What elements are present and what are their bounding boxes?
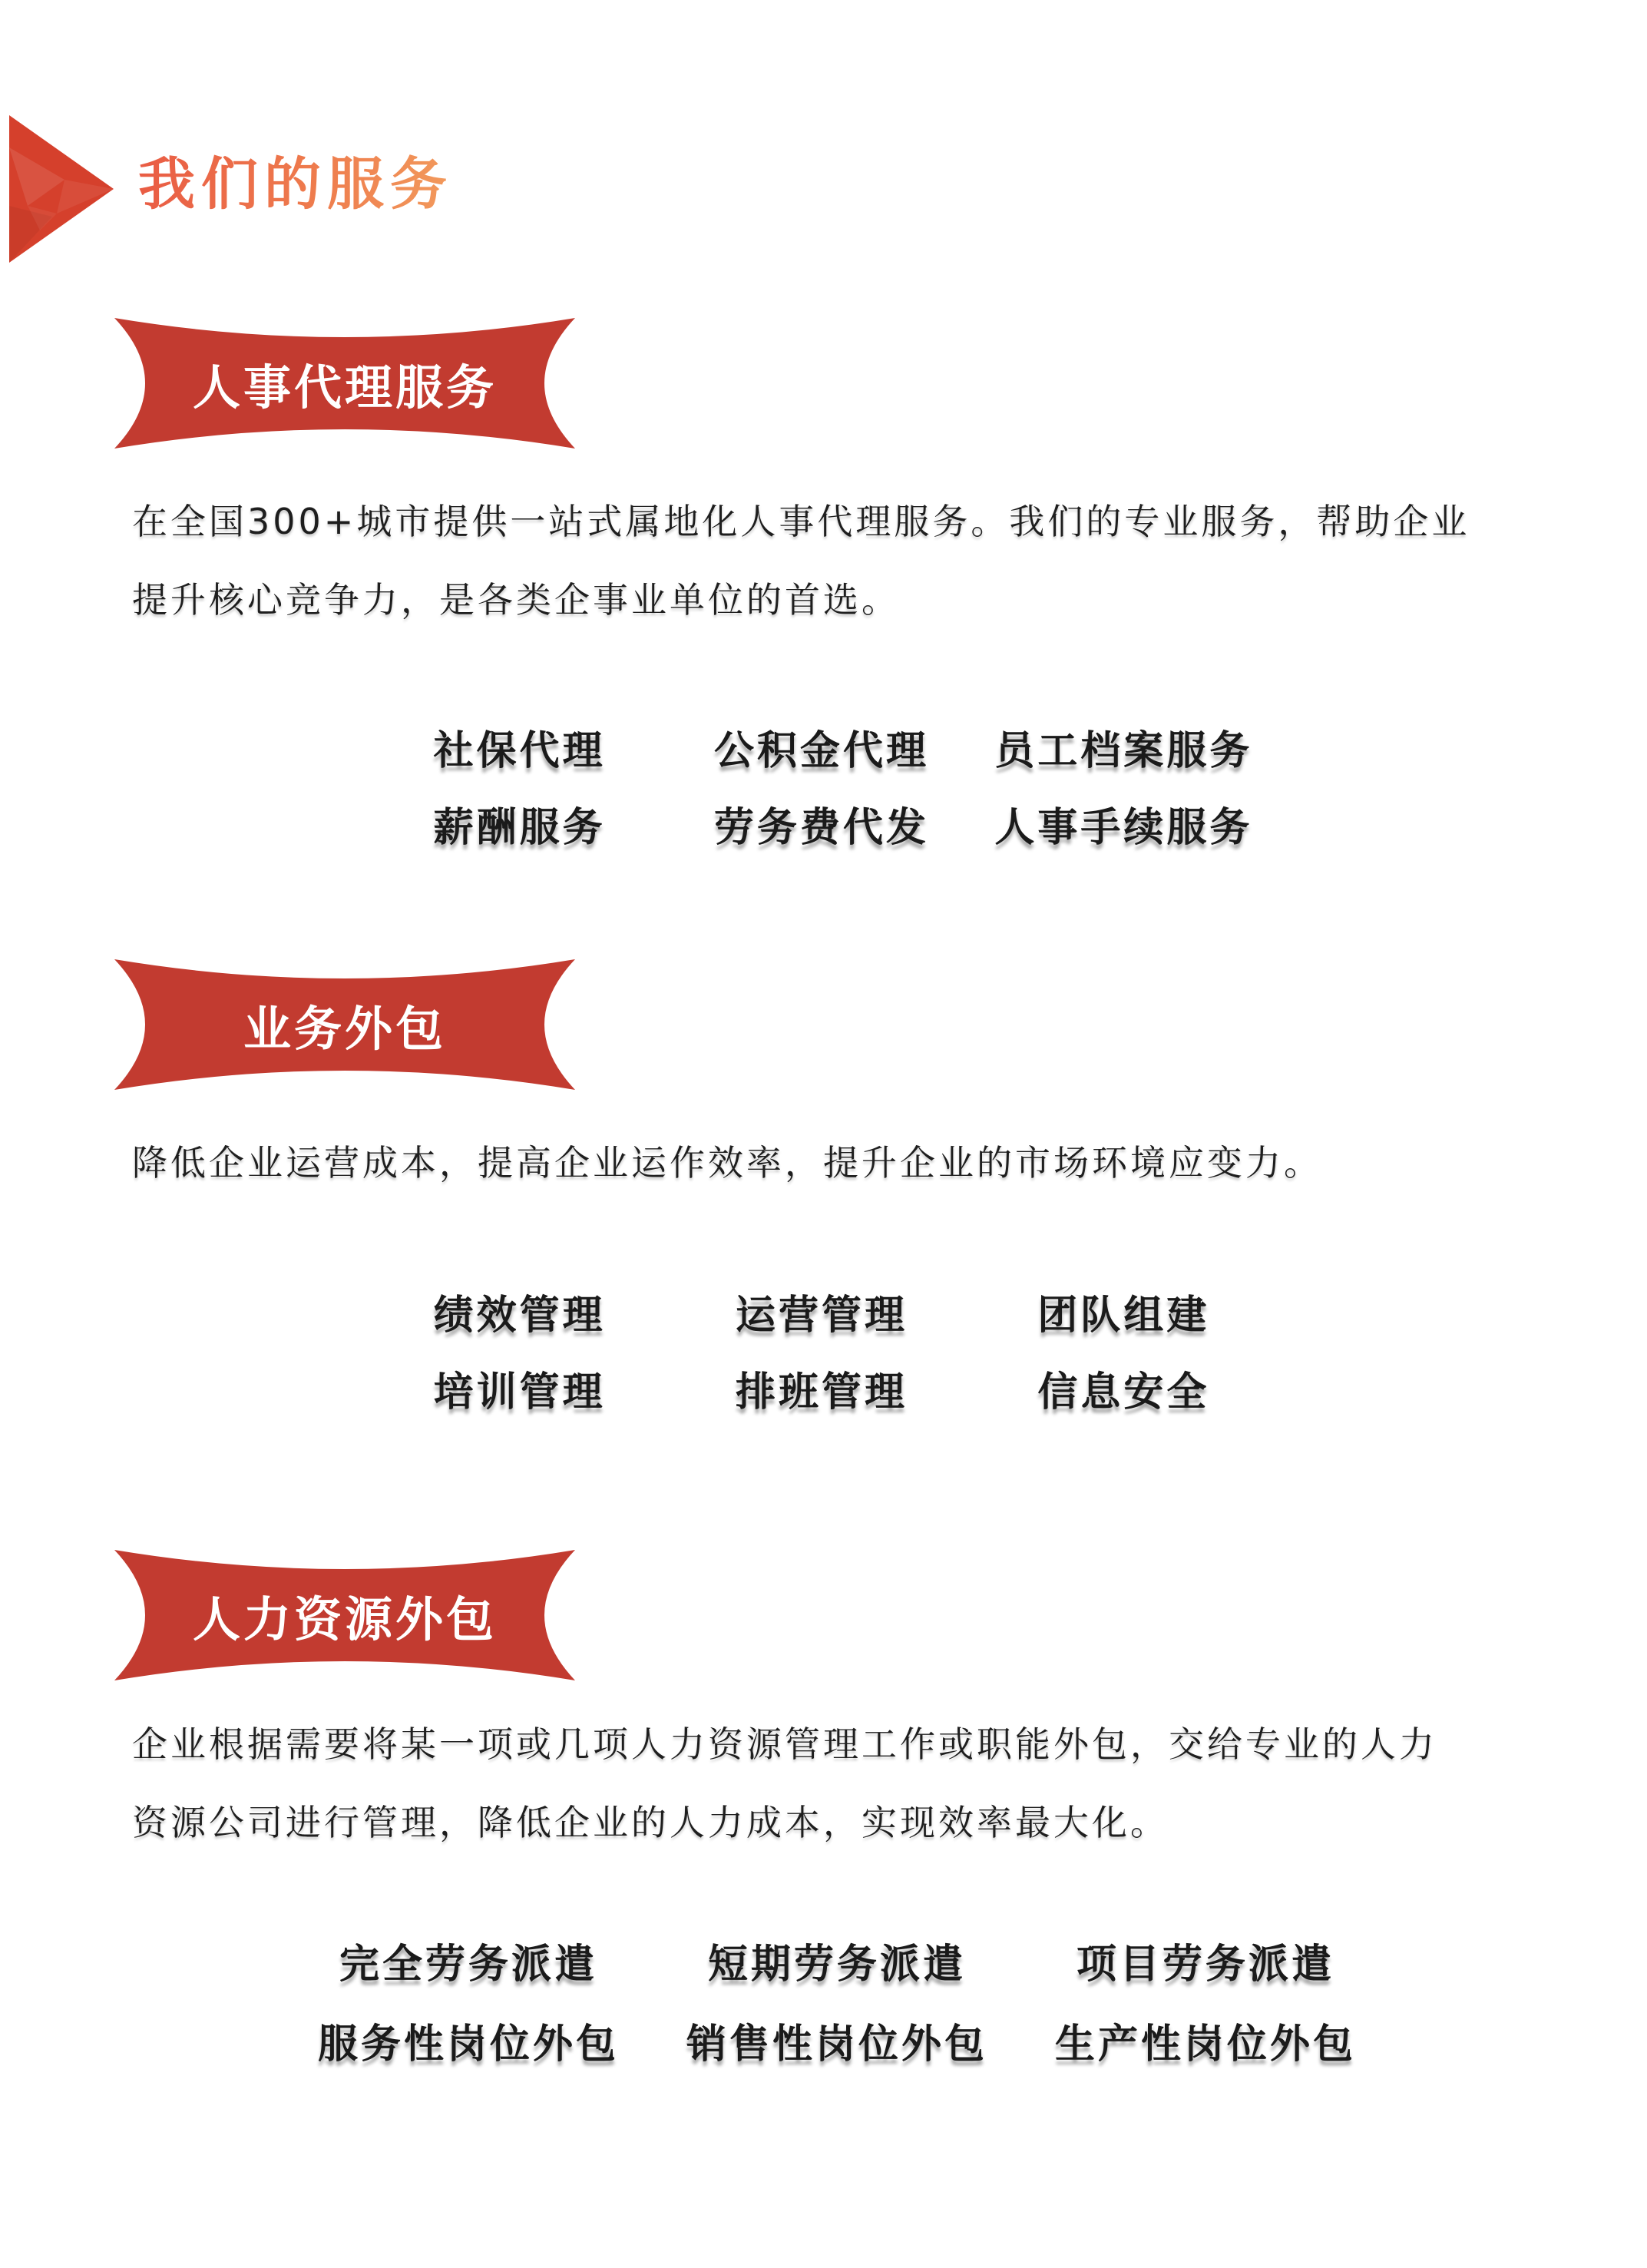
arrow-right-icon bbox=[9, 115, 114, 263]
section-description: 降低企业运营成本，提高企业运作效率，提升企业的市场环境应变力。 bbox=[132, 1124, 1591, 1202]
ribbon-banner-business-outsourcing: 业务外包 bbox=[113, 959, 577, 1091]
page-title: 我们的服务 bbox=[138, 151, 453, 218]
service-item: 排班管理 bbox=[670, 1372, 972, 1412]
service-item: 完全劳务派遣 bbox=[284, 1945, 653, 1985]
service-item: 劳务费代发 bbox=[670, 808, 972, 848]
ribbon-title: 业务外包 bbox=[113, 959, 577, 1091]
service-item: 信息安全 bbox=[973, 1372, 1275, 1412]
service-item: 销售性岗位外包 bbox=[653, 2025, 1021, 2064]
service-item: 项目劳务派遣 bbox=[1021, 1945, 1390, 1985]
service-item: 短期劳务派遣 bbox=[653, 1945, 1021, 1985]
service-item: 团队组建 bbox=[973, 1296, 1275, 1336]
service-item: 绩效管理 bbox=[369, 1296, 670, 1336]
service-item: 生产性岗位外包 bbox=[1021, 2025, 1390, 2064]
service-item-grid: 完全劳务派遣 短期劳务派遣 项目劳务派遣 服务性岗位外包 销售性岗位外包 生产性… bbox=[284, 1945, 1390, 2064]
ribbon-title: 人力资源外包 bbox=[113, 1549, 577, 1681]
service-item: 运营管理 bbox=[670, 1296, 972, 1336]
service-item-grid: 绩效管理 运营管理 团队组建 培训管理 排班管理 信息安全 bbox=[369, 1296, 1275, 1412]
service-item: 社保代理 bbox=[369, 731, 670, 771]
flyer-page: 我们的服务 人事代理服务 在全国300+城市提供一站式属地化人事代理服务。我们的… bbox=[0, 0, 1647, 2268]
service-item: 培训管理 bbox=[369, 1372, 670, 1412]
ribbon-banner-personnel-agency: 人事代理服务 bbox=[113, 317, 577, 449]
service-item: 服务性岗位外包 bbox=[284, 2025, 653, 2064]
section-description: 在全国300+城市提供一站式属地化人事代理服务。我们的专业服务，帮助企业 提升核… bbox=[132, 482, 1591, 639]
section-description: 企业根据需要将某一项或几项人力资源管理工作或职能外包，交给专业的人力 资源公司进… bbox=[132, 1705, 1591, 1862]
ribbon-banner-hr-outsourcing: 人力资源外包 bbox=[113, 1549, 577, 1681]
service-item: 薪酬服务 bbox=[369, 808, 670, 848]
service-item: 人事手续服务 bbox=[973, 808, 1275, 848]
ribbon-title: 人事代理服务 bbox=[113, 317, 577, 449]
service-item: 公积金代理 bbox=[670, 731, 972, 771]
service-item: 员工档案服务 bbox=[973, 731, 1275, 771]
service-item-grid: 社保代理 公积金代理 员工档案服务 薪酬服务 劳务费代发 人事手续服务 bbox=[369, 731, 1275, 848]
